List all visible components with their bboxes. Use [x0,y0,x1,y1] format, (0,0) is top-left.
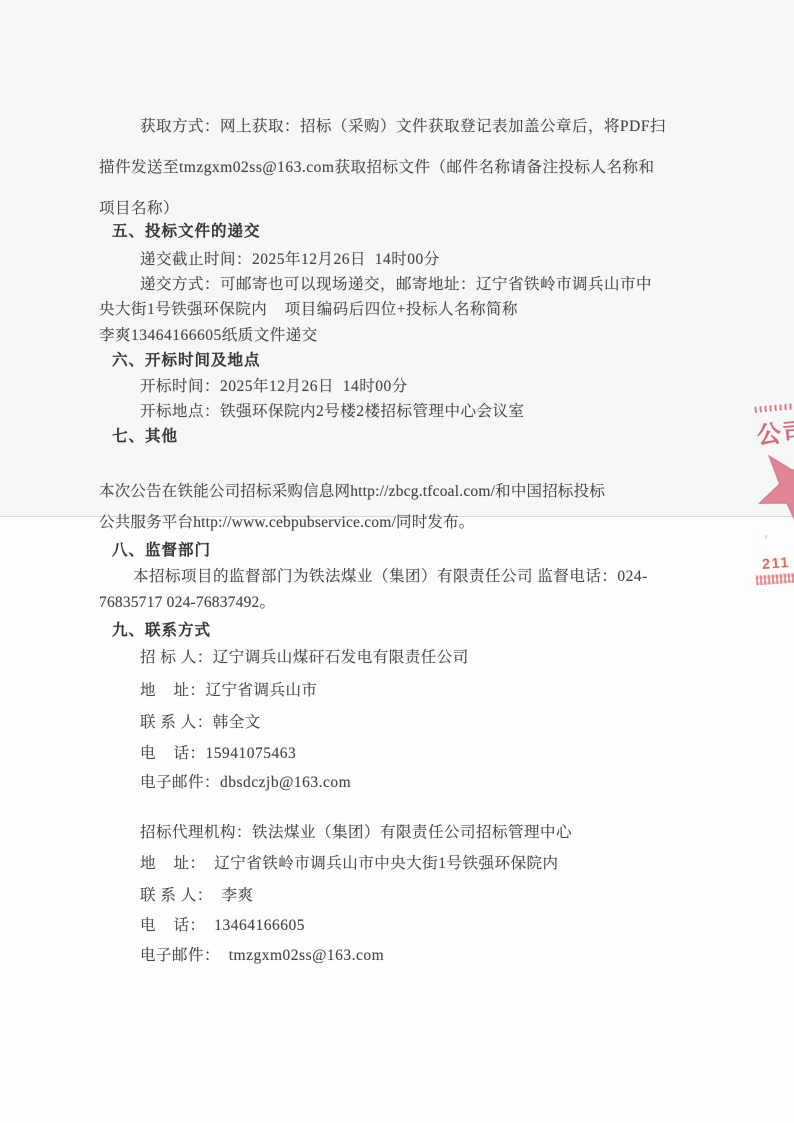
agency-name: 招标代理机构：铁法煤业（集团）有限责任公司招标管理中心 [140,820,572,842]
section-8-supervisor-line-2: 76835717 024-76837492。 [99,590,275,612]
tenderer-phone: 电 话：15941075463 [140,741,296,763]
section-6-open-time: 开标时间：2025年12月26日 14时00分 [140,374,408,396]
section-6-heading: 六、开标时间及地点 [112,348,261,370]
section-7-heading: 七、其他 [112,424,178,446]
tenderer-address: 地 址：辽宁省调兵山市 [140,678,318,700]
intro-line-3: 项目名称） [99,196,179,218]
agency-contact: 联 系 人： 李爽 [140,883,254,905]
stamp-number: 211 [761,555,790,573]
section-7-publish-line-1: 本次公告在铁能公司招标采购信息网http://zbcg.tfcoal.com/和… [99,479,605,501]
intro-line-1: 获取方式：网上获取：招标（采购）文件获取登记表加盖公章后，将PDF扫 [140,114,666,136]
stamp-squiggle-mark: ʾ [762,534,769,552]
section-9-heading: 九、联系方式 [112,618,211,640]
section-5-method-line-2: 央大街1号铁强环保院内 项目编码后四位+投标人名称简称 [99,297,518,319]
tenderer-name: 招 标 人：辽宁调兵山煤矸石发电有限责任公司 [140,645,469,667]
document-page: 获取方式：网上获取：招标（采购）文件获取登记表加盖公章后，将PDF扫 描件发送至… [0,0,794,1123]
tenderer-email: 电子邮件：dbsdczjb@163.com [140,770,351,792]
section-5-deadline: 递交截止时间：2025年12月26日 14时00分 [140,247,440,269]
section-8-supervisor-line-1: 本招标项目的监督部门为铁法煤业（集团）有限责任公司 监督电话：024- [133,564,648,586]
section-5-heading: 五、投标文件的递交 [112,219,261,241]
stamp-small-text-row [756,573,794,586]
intro-line-2: 描件发送至tmzgxm02ss@163.com获取招标文件（邮件名称请备注投标人… [99,155,654,177]
agency-email: 电子邮件： tmzgxm02ss@163.com [140,943,384,965]
section-7-publish-line-2: 公共服务平台http://www.cebpubservice.com/同时发布。 [99,510,475,532]
section-6-open-place: 开标地点：铁强环保院内2号楼2楼招标管理中心会议室 [140,399,525,421]
section-8-heading: 八、监督部门 [112,538,211,560]
agency-address: 地 址： 辽宁省铁岭市调兵山市中央大街1号铁强环保院内 [140,851,559,873]
tenderer-contact: 联 系 人：韩全文 [140,710,261,732]
agency-phone: 电 话： 13464166605 [140,913,305,935]
section-5-paper-submit: 李爽13464166605纸质文件递交 [99,323,318,345]
section-5-method-line-1: 递交方式：可邮寄也可以现场递交，邮寄地址：辽宁省铁岭市调兵山市中 [140,272,652,294]
